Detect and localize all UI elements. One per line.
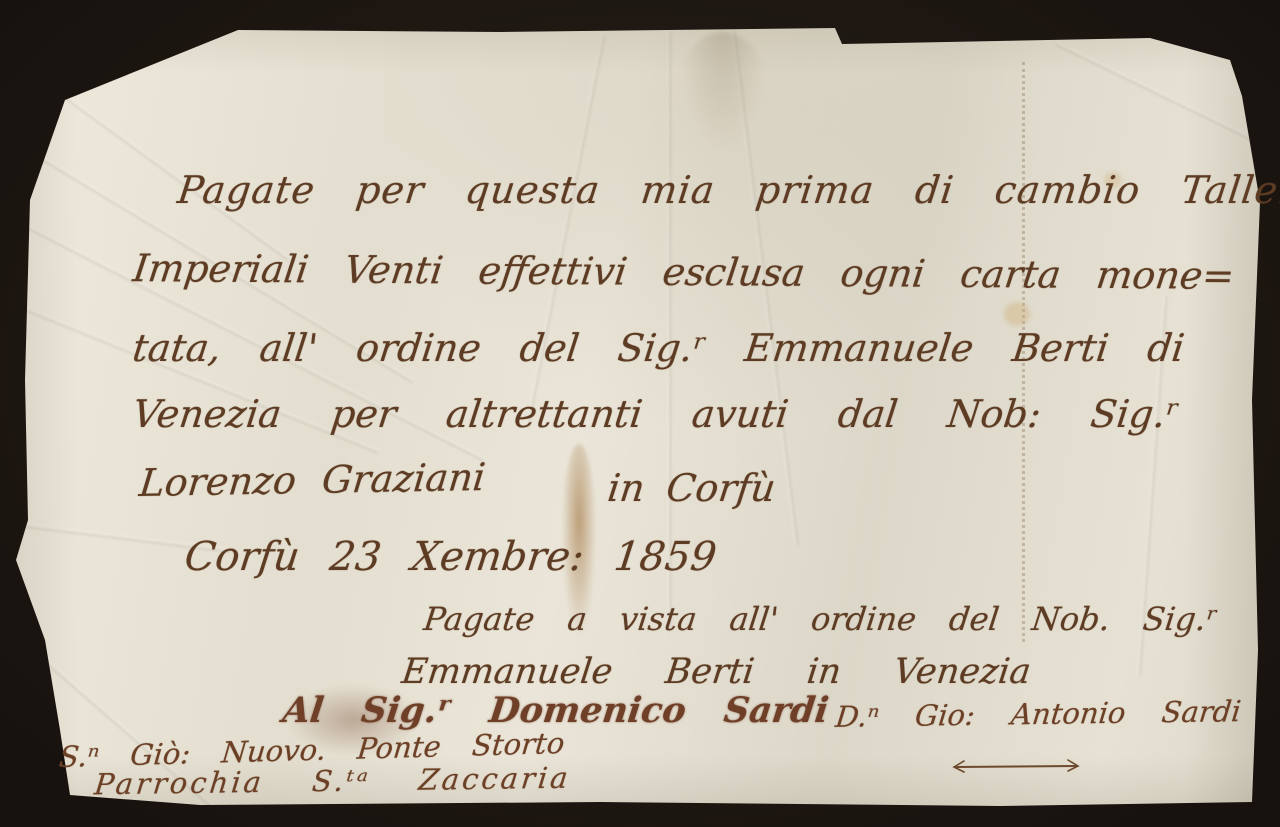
dateline: Corfù 23 Xembre: 1859 bbox=[182, 534, 719, 580]
acceptance-line-2: Emmanuele Berti in Venezia bbox=[400, 652, 1033, 692]
body-line-3: tata, all' ordine del Sig.ʳ Emmanuele Be… bbox=[130, 326, 1187, 370]
signature-line: D.ⁿ Gio: Antonio Sardi bbox=[834, 694, 1243, 734]
crease-top-right bbox=[1055, 42, 1263, 146]
stain-top-tear-shadow bbox=[678, 32, 768, 152]
stain-spot-1 bbox=[1004, 302, 1030, 326]
body-line-1: Pagate per questa mia prima di cambio Ta… bbox=[175, 168, 1280, 212]
body-line-5-place: in Corfù bbox=[605, 466, 778, 510]
crease-top-left-1 bbox=[29, 70, 290, 261]
address-line-2: Parrochia S.ᵗᵃ Zaccaria bbox=[93, 761, 573, 802]
body-line-5-payer-name: Lorenzo Graziani bbox=[137, 455, 487, 505]
body-line-2: Imperiali Venti effettivi esclusa ogni c… bbox=[131, 246, 1238, 298]
acceptance-line-1: Pagate a vista all' ordine del Nob. Sig.… bbox=[422, 600, 1220, 638]
body-line-4: Venezia per altrettanti avuti dal Nob: S… bbox=[130, 392, 1181, 436]
drawee-line: Al Sig.ʳ Domenico Sardi bbox=[280, 690, 830, 731]
